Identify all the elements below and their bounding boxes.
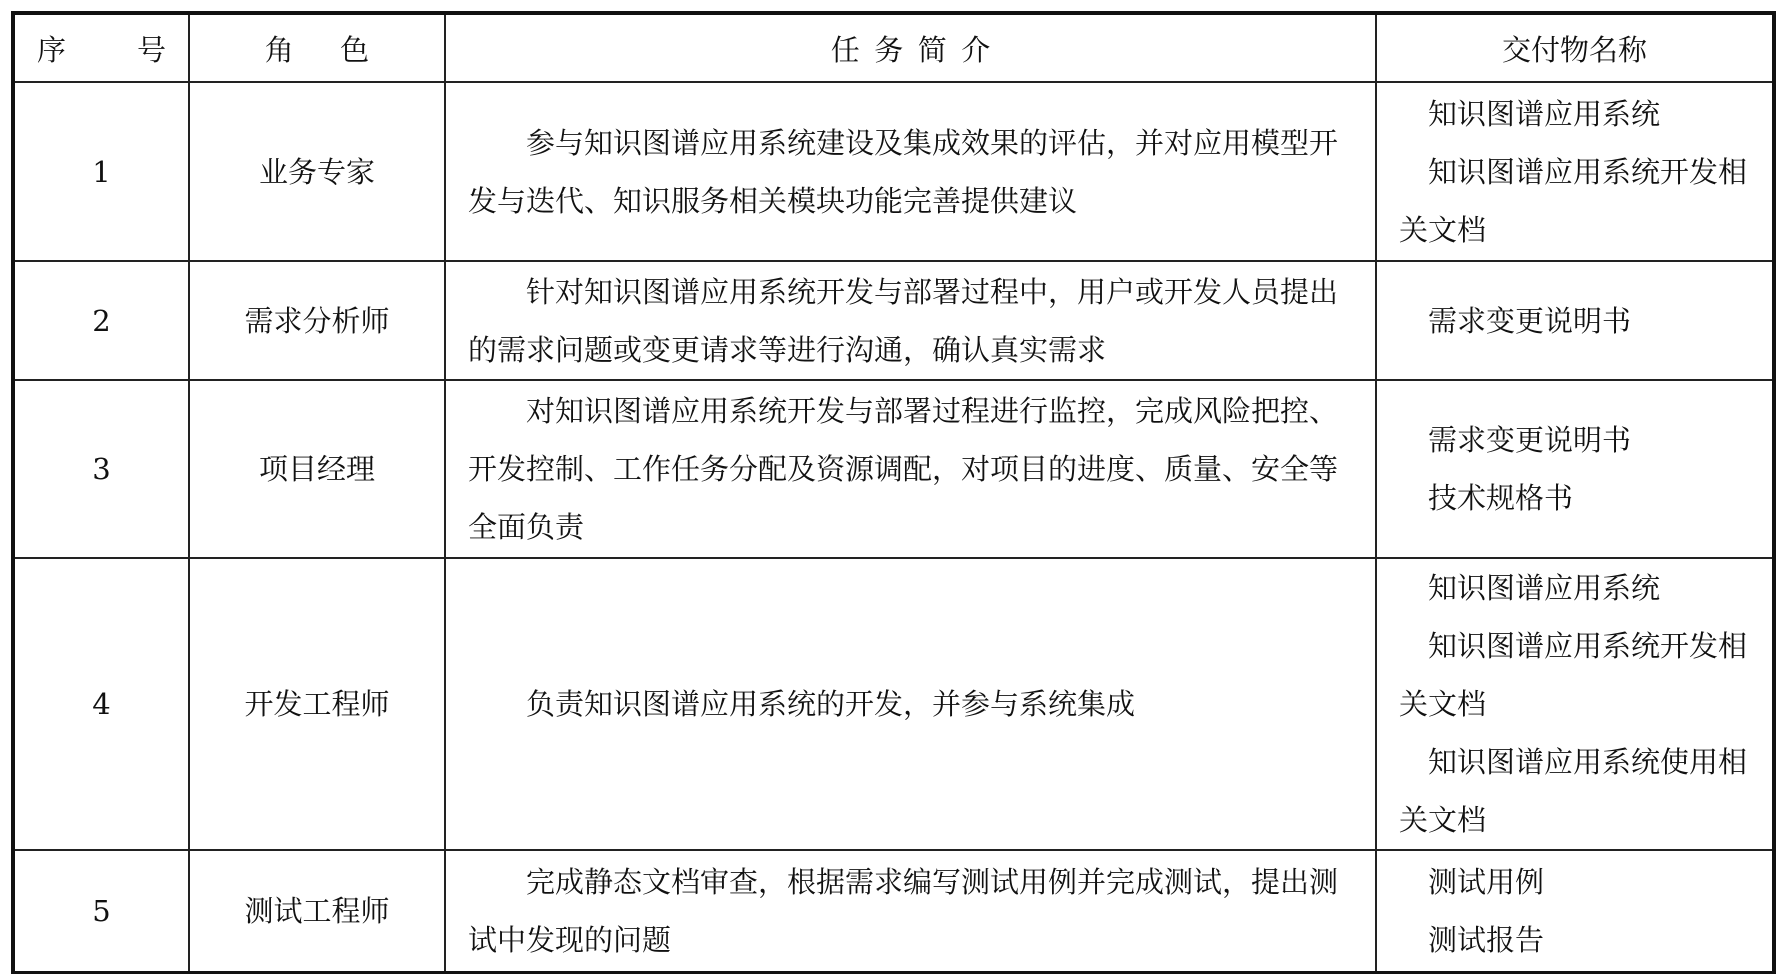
cell-no: 2 [13, 261, 189, 380]
table-row: 5 测试工程师 完成静态文档审查，根据需求编写测试用例并完成测试，提出测试中发现… [13, 850, 1774, 972]
header-task: 任务简介 [445, 13, 1376, 82]
cell-deliverables: 知识图谱应用系统 知识图谱应用系统开发相关文档 知识图谱应用系统使用相关文档 [1376, 558, 1774, 850]
cell-role: 项目经理 [189, 380, 445, 558]
header-role: 角色 [189, 13, 445, 82]
deliverable-item: 测试报告 [1399, 911, 1758, 969]
deliverable-item: 知识图谱应用系统开发相关文档 [1399, 143, 1758, 259]
cell-task: 对知识图谱应用系统开发与部署过程进行监控，完成风险把控、开发控制、工作任务分配及… [445, 380, 1376, 558]
cell-role: 开发工程师 [189, 558, 445, 850]
cell-task: 参与知识图谱应用系统建设及集成效果的评估，并对应用模型开发与迭代、知识服务相关模… [445, 82, 1376, 261]
cell-task: 负责知识图谱应用系统的开发，并参与系统集成 [445, 558, 1376, 850]
cell-no: 4 [13, 558, 189, 850]
header-row: 序 号 角色 任务简介 交付物名称 [13, 13, 1774, 82]
roles-table: 序 号 角色 任务简介 交付物名称 1 业务专家 参与知识图谱应用系统建设及集成… [11, 11, 1776, 974]
deliverable-item: 知识图谱应用系统使用相关文档 [1399, 733, 1758, 849]
cell-no: 1 [13, 82, 189, 261]
cell-no: 5 [13, 850, 189, 972]
table-row: 1 业务专家 参与知识图谱应用系统建设及集成效果的评估，并对应用模型开发与迭代、… [13, 82, 1774, 261]
table-row: 2 需求分析师 针对知识图谱应用系统开发与部署过程中，用户或开发人员提出的需求问… [13, 261, 1774, 380]
cell-role: 业务专家 [189, 82, 445, 261]
cell-deliverables: 测试用例 测试报告 [1376, 850, 1774, 972]
header-no-char-1: 序 [37, 28, 66, 69]
cell-role: 测试工程师 [189, 850, 445, 972]
table-row: 4 开发工程师 负责知识图谱应用系统的开发，并参与系统集成 知识图谱应用系统 知… [13, 558, 1774, 850]
deliverable-item: 知识图谱应用系统 [1399, 559, 1758, 617]
header-deliverables: 交付物名称 [1376, 13, 1774, 82]
deliverable-item: 知识图谱应用系统 [1399, 85, 1758, 143]
deliverable-item: 知识图谱应用系统开发相关文档 [1399, 617, 1758, 733]
cell-no: 3 [13, 380, 189, 558]
deliverable-item: 测试用例 [1399, 853, 1758, 911]
cell-deliverables: 需求变更说明书 技术规格书 [1376, 380, 1774, 558]
cell-task: 完成静态文档审查，根据需求编写测试用例并完成测试，提出测试中发现的问题 [445, 850, 1376, 972]
cell-deliverables: 知识图谱应用系统 知识图谱应用系统开发相关文档 [1376, 82, 1774, 261]
cell-task: 针对知识图谱应用系统开发与部署过程中，用户或开发人员提出的需求问题或变更请求等进… [445, 261, 1376, 380]
deliverable-item: 技术规格书 [1399, 469, 1758, 527]
header-no: 序 号 [13, 13, 189, 82]
table-row: 3 项目经理 对知识图谱应用系统开发与部署过程进行监控，完成风险把控、开发控制、… [13, 380, 1774, 558]
cell-role: 需求分析师 [189, 261, 445, 380]
header-no-char-2: 号 [137, 28, 166, 69]
deliverable-item: 需求变更说明书 [1399, 411, 1758, 469]
deliverable-item: 需求变更说明书 [1399, 292, 1758, 350]
cell-deliverables: 需求变更说明书 [1376, 261, 1774, 380]
